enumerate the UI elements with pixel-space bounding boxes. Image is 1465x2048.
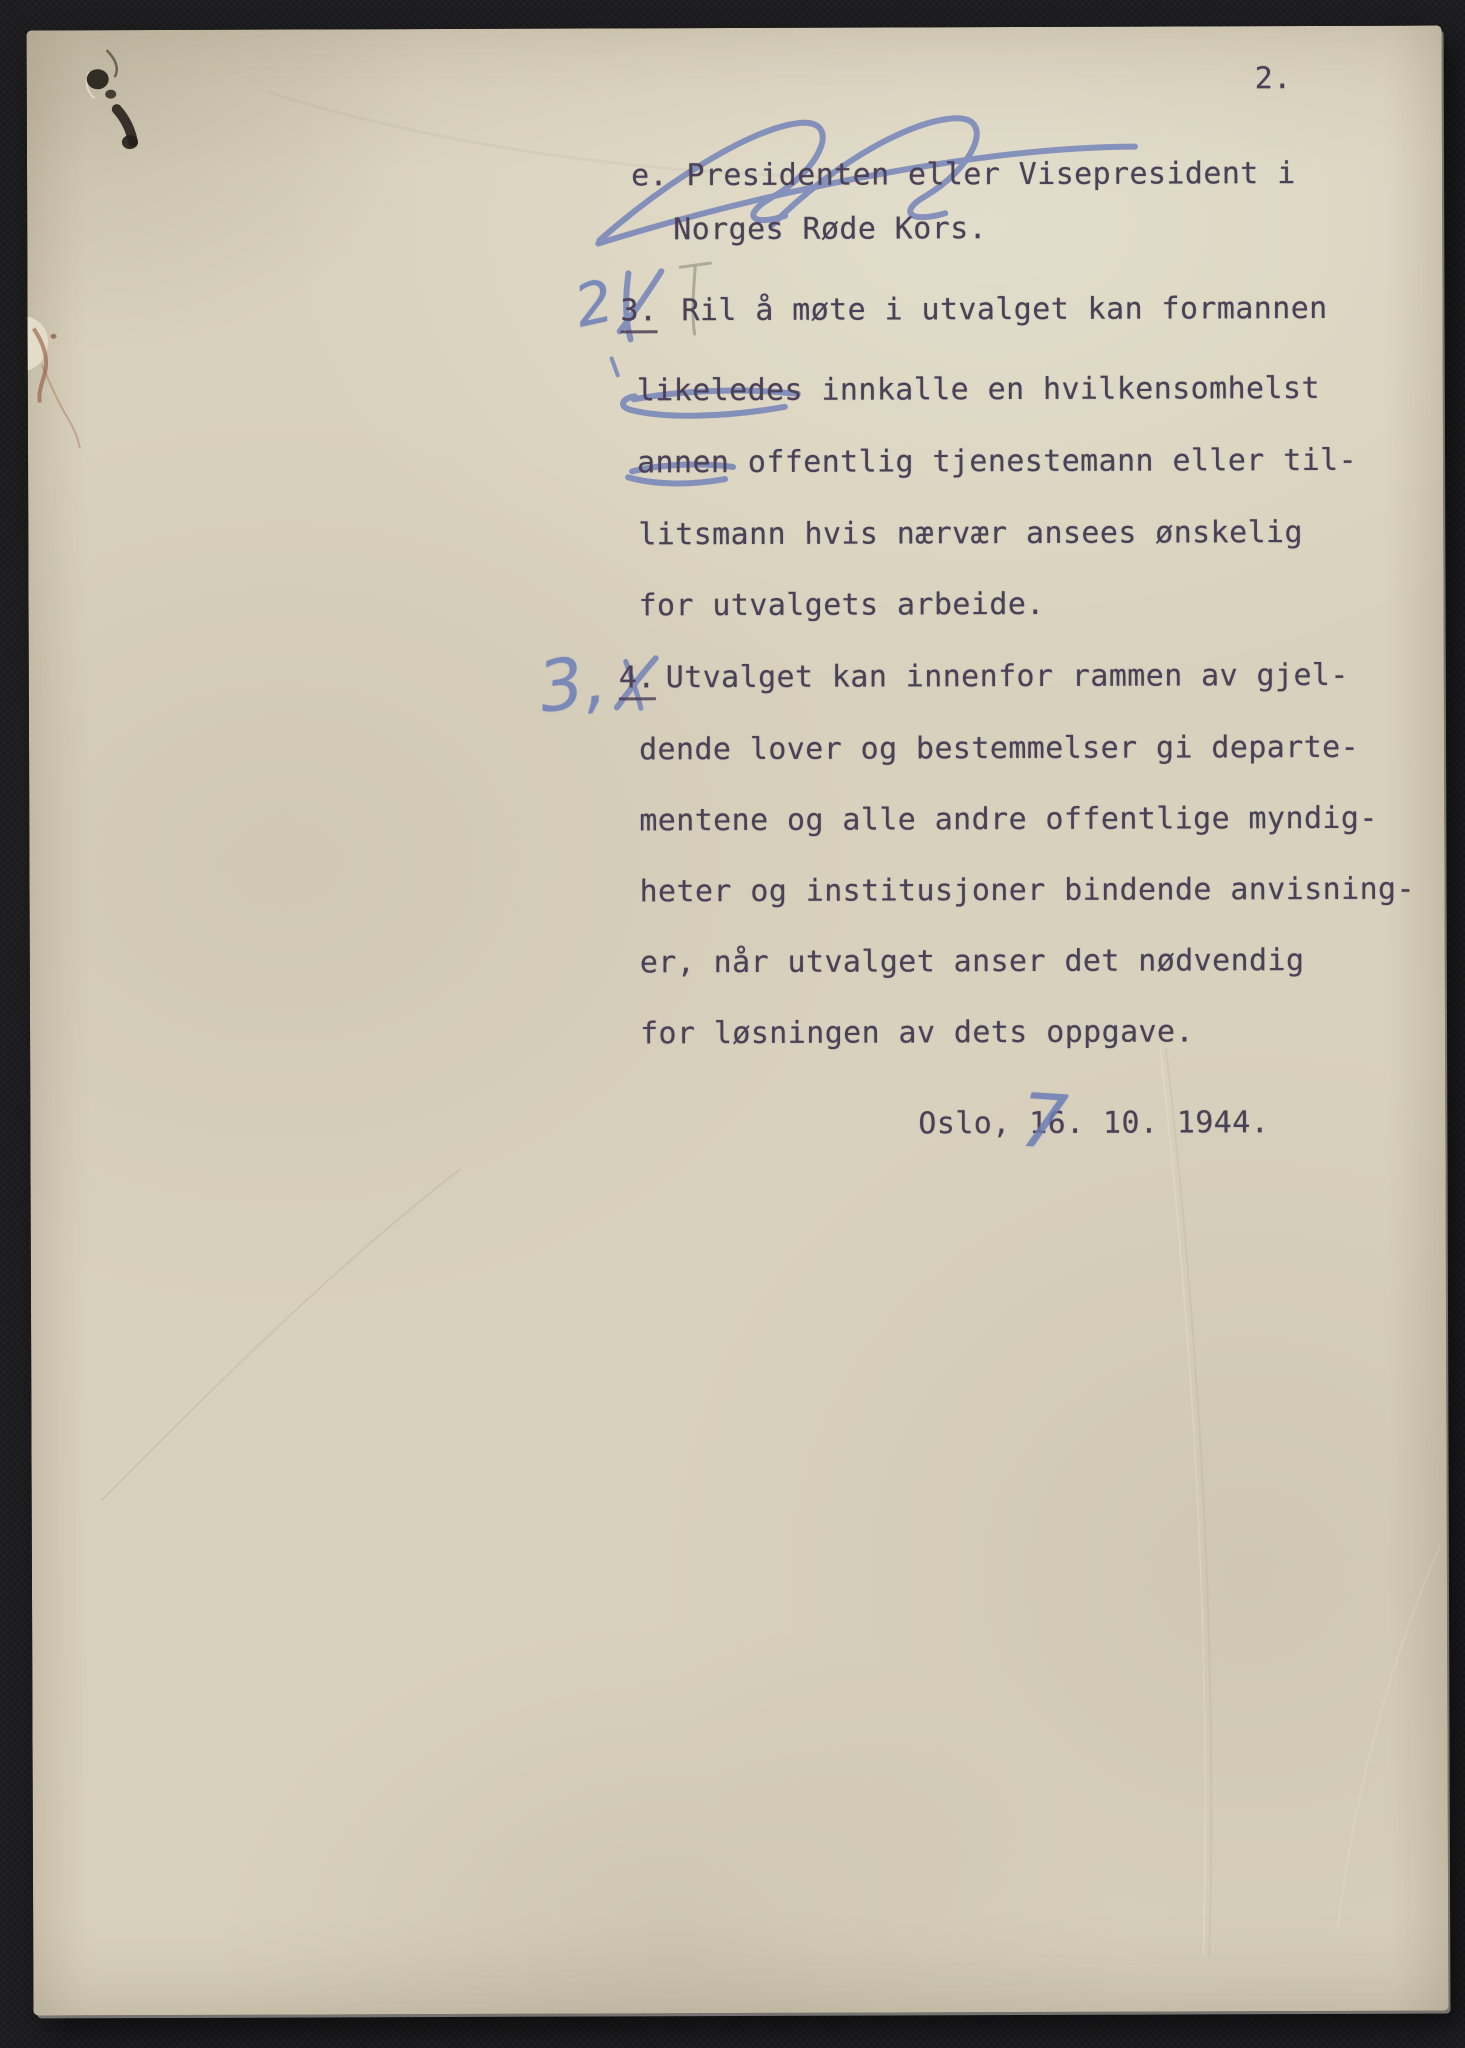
page-number: 2. bbox=[1255, 62, 1292, 97]
paragraph-4-number: 4. bbox=[619, 661, 656, 700]
handwritten-renumber-3: 3, bbox=[534, 644, 610, 723]
paragraph-3-line1: 3.Ril å møte i utvalget kan formannen bbox=[620, 292, 1327, 333]
staple-hole-ink-blot bbox=[87, 50, 138, 149]
paragraph-3-line3: annen offentlig tjenestemann eller til- bbox=[637, 444, 1357, 481]
handwritten-renumber-2: 2 bbox=[570, 271, 618, 335]
paragraph-3-number: 3. bbox=[620, 294, 657, 333]
list-item-e-line1: e. Presidenten eller Visepresident i bbox=[631, 157, 1296, 194]
edge-stain bbox=[28, 316, 80, 448]
paragraph-4-line3: mentene og alle andre offentlige myndig- bbox=[639, 802, 1378, 839]
document-page: 2. e. Presidenten eller Visepresident i … bbox=[27, 26, 1449, 2016]
paragraph-4-line4: heter og institusjoner bindende anvisnin… bbox=[639, 873, 1415, 910]
paragraph-4-line1: 4.Utvalget kan innenfor rammen av gjel- bbox=[619, 659, 1349, 700]
paragraph-4-text: Utvalget kan innenfor rammen av gjel- bbox=[666, 658, 1349, 695]
paragraph-3-line2: likeledes innkalle en hvilkensomhelst bbox=[637, 372, 1320, 409]
dateline: Oslo, 16. 10. 1944. bbox=[918, 1106, 1269, 1142]
paragraph-4-line5: er, når utvalget anser det nødvendig bbox=[640, 944, 1305, 981]
paragraph-3-line4: litsmann hvis nærvær ansees ønskelig bbox=[638, 516, 1303, 553]
paragraph-3-line5: for utvalgets arbeide. bbox=[638, 588, 1044, 624]
paragraph-3-text: Ril å møte i utvalget kan formannen bbox=[681, 291, 1327, 328]
paragraph-4-line2: dende lover og bestemmelser gi departe- bbox=[639, 731, 1359, 768]
list-item-e-line2: Norges Røde Kors. bbox=[673, 212, 987, 248]
paragraph-4-line6: for løsningen av dets oppgave. bbox=[640, 1015, 1194, 1051]
handwritten-date-correction-7: 7 bbox=[1018, 1083, 1070, 1160]
stroke-over-3 bbox=[612, 358, 618, 375]
photo-background: 2. e. Presidenten eller Visepresident i … bbox=[0, 0, 1465, 2048]
